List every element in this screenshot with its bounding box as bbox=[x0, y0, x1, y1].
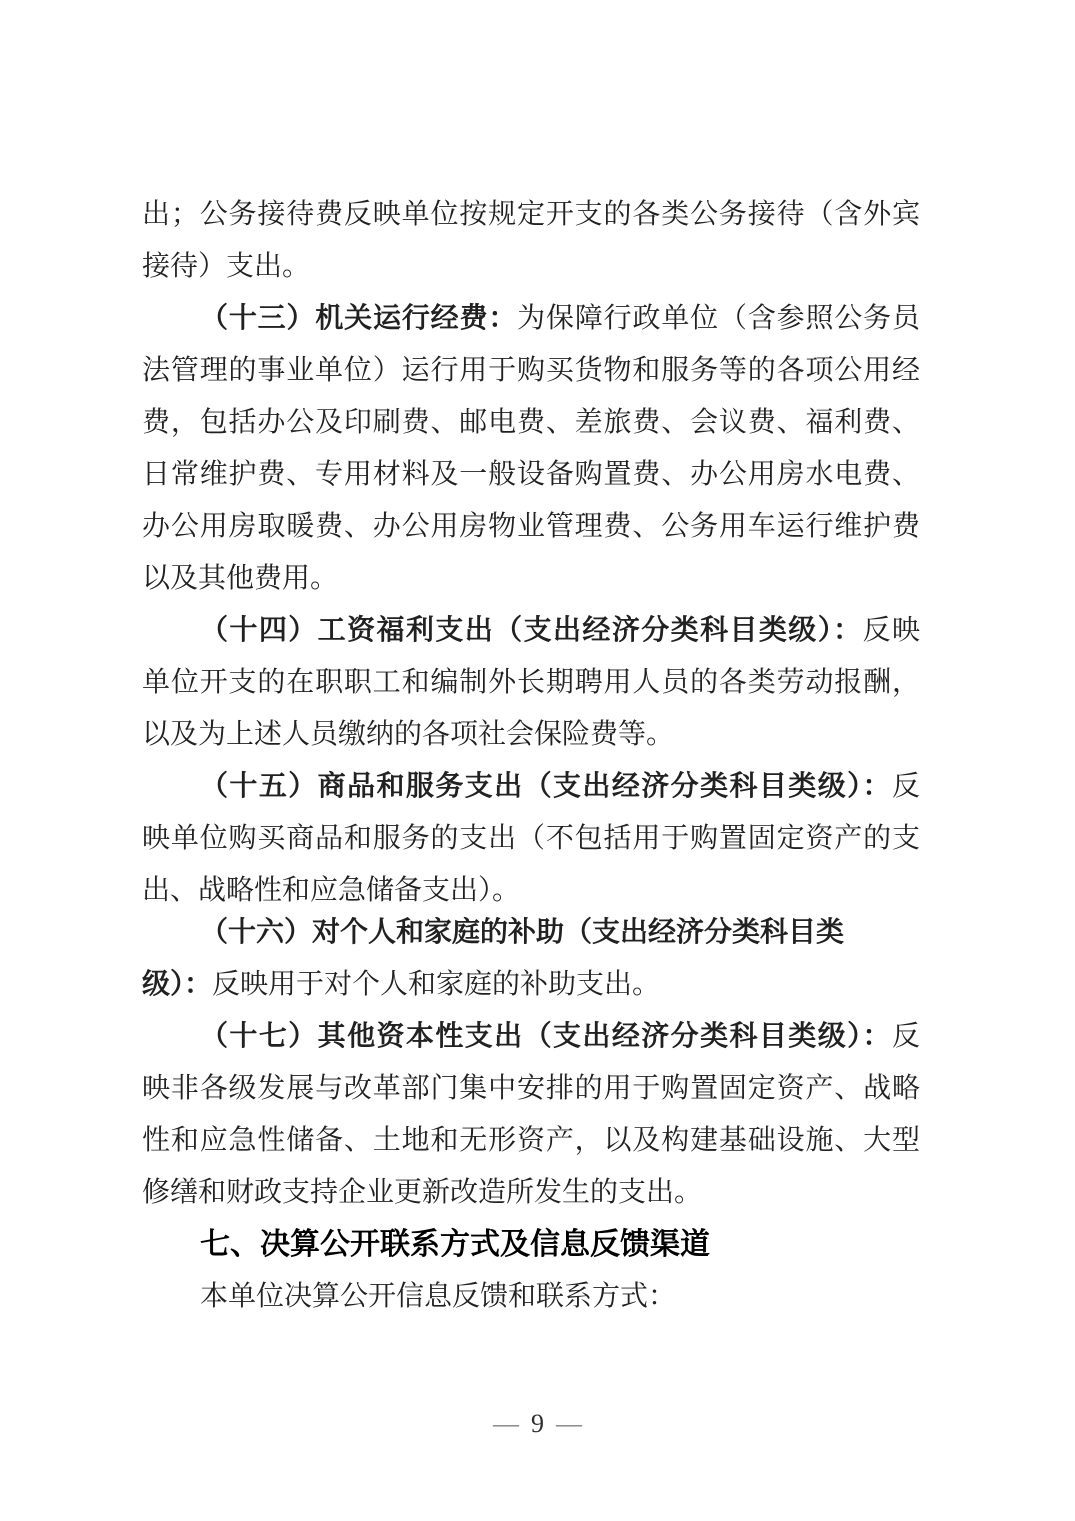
line-text: 映非各级发展与改革部门集中安排的用于购置固定资产、战略 bbox=[142, 1073, 920, 1104]
page-number: —9— bbox=[0, 1404, 1075, 1444]
page-number-value: 9 bbox=[531, 1409, 544, 1438]
bold-term: 级）： bbox=[142, 969, 212, 1000]
page-number-left-dash: — bbox=[481, 1409, 531, 1438]
section-7-heading: 七、决算公开联系方式及信息反馈渠道 bbox=[142, 1219, 920, 1271]
bold-term: （十六）对个人和家庭的补助（支出经济分类科目类 bbox=[200, 917, 844, 948]
text-line: 以及其他费用。 bbox=[142, 553, 920, 605]
text-line-item-17: （十七）其他资本性支出（支出经济分类科目类级）：反 bbox=[142, 1011, 920, 1063]
page-number-right-dash: — bbox=[544, 1409, 594, 1438]
line-text: 性和应急性储备、土地和无形资产，以及构建基础设施、大型 bbox=[142, 1125, 920, 1156]
text-line-item-15: （十五）商品和服务支出（支出经济分类科目类级）：反 bbox=[142, 761, 920, 813]
line-text: 法管理的事业单位）运行用于购买货物和服务等的各项公用经 bbox=[142, 355, 920, 386]
text-line: 日常维护费、专用材料及一般设备购置费、办公用房水电费、 bbox=[142, 449, 920, 501]
line-text: 映单位购买商品和服务的支出（不包括用于购置固定资产的支 bbox=[142, 823, 920, 854]
line-text: 单位开支的在职职工和编制外长期聘用人员的各类劳动报酬， bbox=[142, 667, 920, 698]
line-text: 反 bbox=[892, 771, 920, 802]
document-page: 出；公务接待费反映单位按规定开支的各类公务接待（含外宾 接待）支出。 （十三）机… bbox=[0, 0, 1075, 1521]
line-text: 为保障行政单位（含参照公务员 bbox=[517, 303, 920, 334]
text-line: 费，包括办公及印刷费、邮电费、差旅费、会议费、福利费、 bbox=[142, 397, 920, 449]
text-line-item-14: （十四）工资福利支出（支出经济分类科目类级）：反映 bbox=[142, 605, 920, 657]
line-text: 办公用房取暖费、办公用房物业管理费、公务用车运行维护费 bbox=[142, 511, 920, 542]
heading-text: 七、决算公开联系方式及信息反馈渠道 bbox=[200, 1228, 710, 1261]
text-line: 出；公务接待费反映单位按规定开支的各类公务接待（含外宾 bbox=[142, 189, 920, 241]
line-text: 接待）支出。 bbox=[142, 251, 310, 282]
line-text: 日常维护费、专用材料及一般设备购置费、办公用房水电费、 bbox=[142, 459, 920, 490]
text-line: 映非各级发展与改革部门集中安排的用于购置固定资产、战略 bbox=[142, 1063, 920, 1115]
line-text: 出、战略性和应急储备支出）。 bbox=[142, 875, 520, 906]
text-line: 法管理的事业单位）运行用于购买货物和服务等的各项公用经 bbox=[142, 345, 920, 397]
text-line: 性和应急性储备、土地和无形资产，以及构建基础设施、大型 bbox=[142, 1115, 920, 1167]
document-body: 出；公务接待费反映单位按规定开支的各类公务接待（含外宾 接待）支出。 （十三）机… bbox=[142, 189, 920, 1323]
line-text: 以及为上述人员缴纳的各项社会保险费等。 bbox=[142, 719, 674, 750]
text-line: 单位开支的在职职工和编制外长期聘用人员的各类劳动报酬， bbox=[142, 657, 920, 709]
bold-term: （十七）其他资本性支出（支出经济分类科目类级）： bbox=[200, 1021, 892, 1052]
line-text: 反 bbox=[892, 1021, 920, 1052]
text-line: 修缮和财政支持企业更新改造所发生的支出。 bbox=[142, 1167, 920, 1219]
text-line-item-16: （十六）对个人和家庭的补助（支出经济分类科目类 bbox=[142, 907, 920, 959]
line-text: 反映 bbox=[863, 615, 920, 646]
text-line: 本单位决算公开信息反馈和联系方式： bbox=[142, 1271, 920, 1323]
bold-term: （十五）商品和服务支出（支出经济分类科目类级）： bbox=[200, 771, 892, 802]
line-text: 反映用于对个人和家庭的补助支出。 bbox=[212, 969, 660, 1000]
text-line: 级）：反映用于对个人和家庭的补助支出。 bbox=[142, 959, 920, 1011]
text-line: 映单位购买商品和服务的支出（不包括用于购置固定资产的支 bbox=[142, 813, 920, 865]
text-line: 办公用房取暖费、办公用房物业管理费、公务用车运行维护费 bbox=[142, 501, 920, 553]
bold-term: （十三）机关运行经费： bbox=[200, 303, 517, 334]
text-line: 以及为上述人员缴纳的各项社会保险费等。 bbox=[142, 709, 920, 761]
bold-term: （十四）工资福利支出（支出经济分类科目类级）： bbox=[200, 615, 863, 646]
line-text: 费，包括办公及印刷费、邮电费、差旅费、会议费、福利费、 bbox=[142, 407, 920, 438]
text-line: 接待）支出。 bbox=[142, 241, 920, 293]
line-text: 修缮和财政支持企业更新改造所发生的支出。 bbox=[142, 1177, 702, 1208]
line-text: 出；公务接待费反映单位按规定开支的各类公务接待（含外宾 bbox=[142, 199, 920, 230]
text-line-item-13: （十三）机关运行经费：为保障行政单位（含参照公务员 bbox=[142, 293, 920, 345]
line-text: 以及其他费用。 bbox=[142, 563, 338, 594]
line-text: 本单位决算公开信息反馈和联系方式： bbox=[200, 1281, 676, 1312]
